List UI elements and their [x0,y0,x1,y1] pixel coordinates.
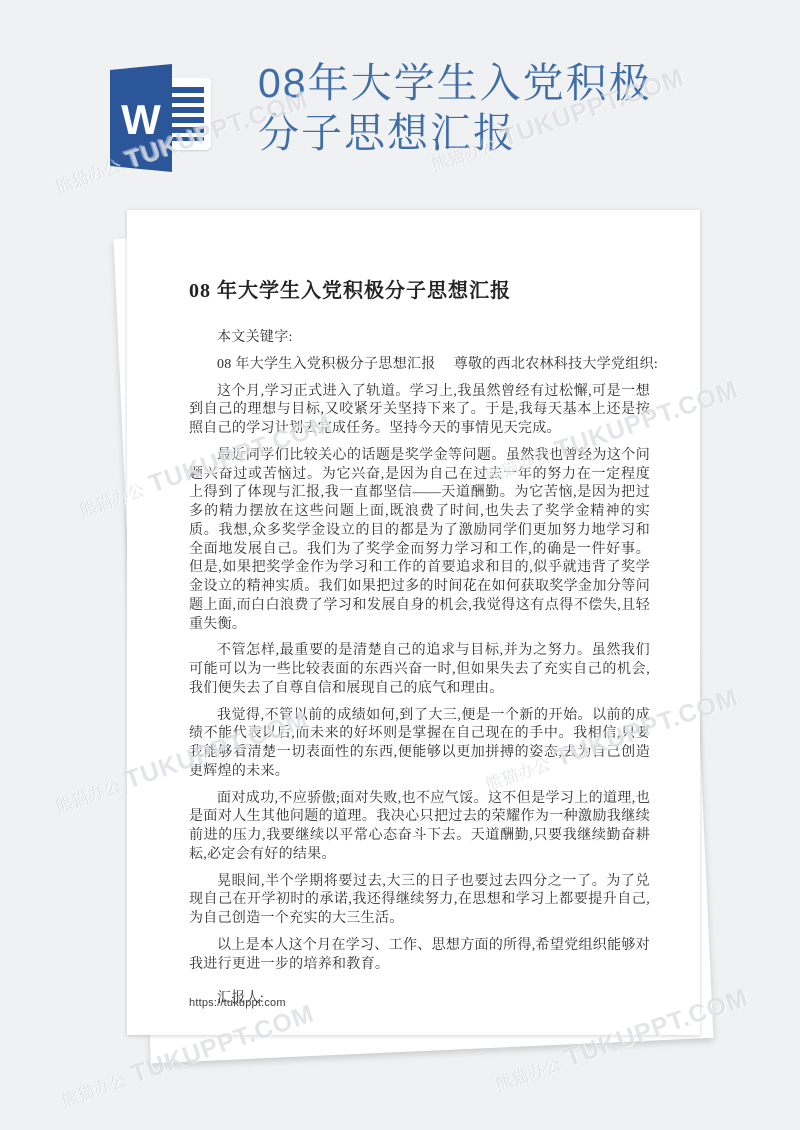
paragraph: 最近同学们比较关心的话题是奖学金等问题。虽然我也曾经为这个问题兴奋过或苦恼过。为… [189,447,650,635]
document-body: 本文关键字: 08 年大学生入党积极分子思想汇报 尊敬的西北农林科技大学党组织:… [189,329,650,1009]
paragraph: 晃眼间,半个学期将要过去,大三的日子也要过去四分之一了。为了兑现自己在开学初时的… [189,873,650,929]
keywords-line: 本文关键字: [189,329,650,348]
paragraph: 这个月,学习正式进入了轨道。学习上,我虽然曾经有过松懈,可是一想到自己的理想与目… [189,383,650,439]
word-icon-letter: W [121,95,161,141]
header: W 08年大学生入党积极分子思想汇报 [0,0,800,200]
paragraph: 不管怎样,最重要的是清楚自己的追求与目标,并为之努力。虽然我们可能可以为一些比较… [189,642,650,698]
paragraph: 面对成功,不应骄傲;面对失败,也不应气馁。这不但是学习上的道理,也是面对人生其他… [189,790,650,865]
word-icon: W [110,64,214,174]
document-title: 08 年大学生入党积极分子思想汇报 [189,274,650,303]
paragraph: 以上是本人这个月在学习、工作、思想方面的所得,希望党组织能够对我进行更进一步的培… [189,937,650,975]
paragraph: 我觉得,不管以前的成绩如何,到了大三,便是一个新的开始。以前的成绩不能代表以后,… [189,707,650,782]
paragraph-salutation: 08 年大学生入党积极分子思想汇报 尊敬的西北农林科技大学党组织: [189,356,650,375]
word-sheet-lines [171,87,204,141]
document-page: 08 年大学生入党积极分子思想汇报 本文关键字: 08 年大学生入党积极分子思想… [127,210,700,1035]
word-icon-panel: W [110,64,172,172]
page-title: 08年大学生入党积极分子思想汇报 [258,58,658,158]
page-background: { "colors": { "background": "#f0f1f2", "… [0,0,800,1130]
footer-link[interactable]: https://tukuppt.com [189,997,286,1009]
